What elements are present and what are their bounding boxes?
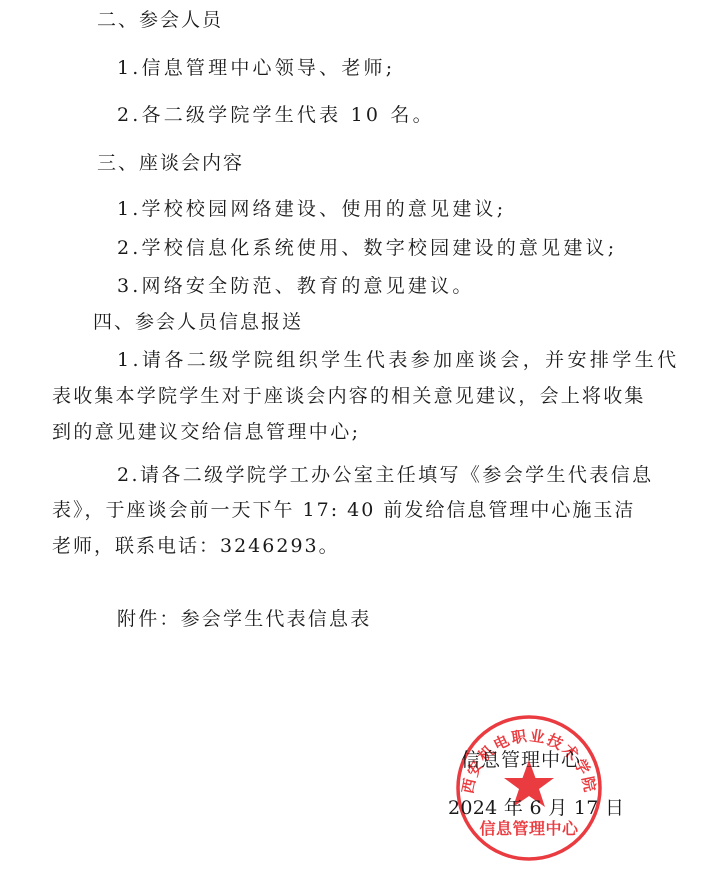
official-seal-stamp: 西安机电职业技术学院 信息管理中心: [453, 712, 605, 864]
section-heading-content: 三、座谈会内容: [97, 152, 244, 174]
paragraph-line: 2.请各二级学院学工办公室主任填写《参会学生代表信息: [117, 464, 654, 486]
stamp-bottom-text: 信息管理中心: [479, 819, 579, 838]
paragraph-line: 老师，联系电话：3246293。: [52, 535, 340, 557]
list-item: 3.网络安全防范、教育的意见建议。: [117, 275, 475, 297]
paragraph-line: 表》，于座谈会前一天下午 17: 40 前发给信息管理中心施玉洁: [52, 499, 635, 521]
list-item: 2.各二级学院学生代表 10 名。: [117, 104, 435, 126]
signature-organization: 信息管理中心: [461, 749, 581, 771]
attachment-line: 附件：参会学生代表信息表: [117, 608, 371, 630]
paragraph-line: 到的意见建议交给信息管理中心;: [52, 421, 360, 443]
section-heading-submission: 四、参会人员信息报送: [93, 311, 303, 333]
section-heading-participants: 二、参会人员: [97, 9, 223, 31]
list-item: 1.学校校园网络建设、使用的意见建议;: [117, 198, 506, 220]
list-item: 2.学校信息化系统使用、数字校园建设的意见建议;: [117, 237, 617, 259]
signature-date: 2024 年 6 月 17 日: [448, 797, 624, 819]
paragraph-line: 1.请各二级学院组织学生代表参加座谈会，并安排学生代: [117, 349, 680, 371]
paragraph-line: 表收集本学院学生对于座谈会内容的相关意见建议，会上将收集: [52, 385, 646, 407]
list-item: 1.信息管理中心领导、老师;: [117, 57, 395, 79]
